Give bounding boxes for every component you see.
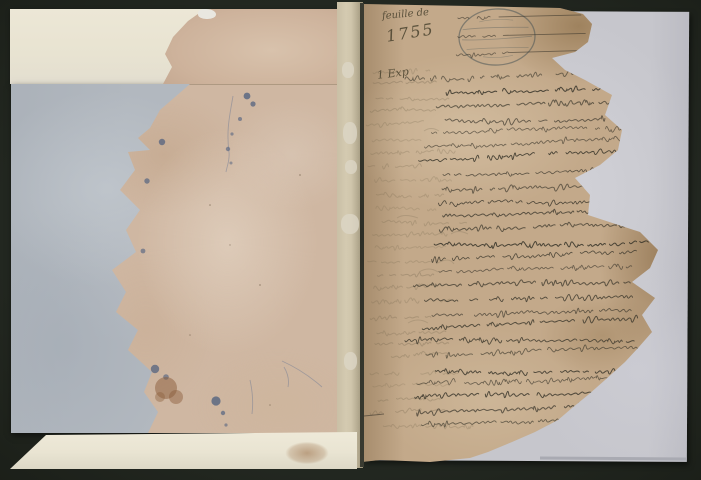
- specks: [189, 174, 301, 406]
- ink-blots: [141, 93, 256, 427]
- spine-gap-shadow: [360, 3, 364, 467]
- glue-tape: [343, 122, 357, 144]
- glue-tape: [342, 62, 354, 78]
- ink-veins: [226, 96, 322, 414]
- bottom-strip-stain: [278, 438, 336, 468]
- glue-tape: [344, 352, 357, 370]
- glue-tape: [345, 160, 357, 174]
- brown-stain: [155, 377, 183, 404]
- glue-tape: [341, 214, 359, 234]
- torn-paper-bit: [198, 9, 216, 19]
- archive-scan: feuille de 1755 1 Exp: [0, 0, 701, 480]
